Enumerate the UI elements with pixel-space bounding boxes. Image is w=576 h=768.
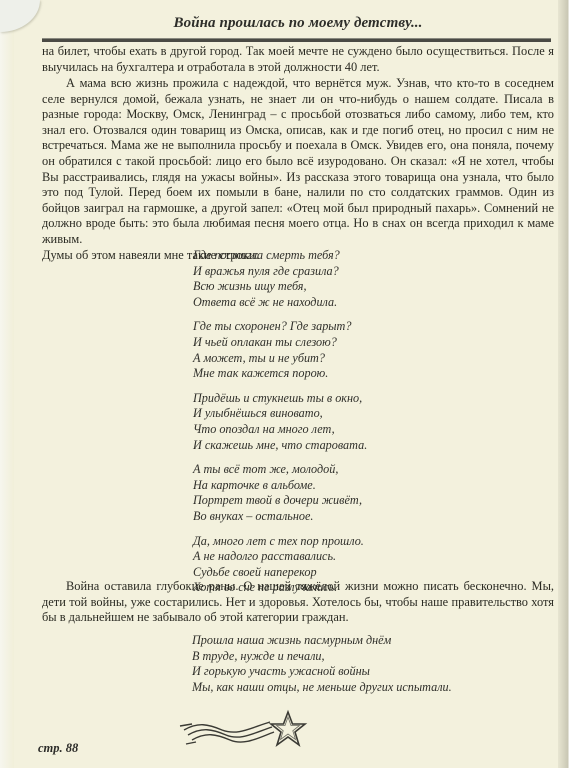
- poem-line: Всю жизнь ищу тебя,: [193, 279, 513, 295]
- poem-line: И горькую участь ужасной войны: [192, 664, 512, 680]
- poem-line: И улыбнёшься виновато,: [193, 406, 513, 422]
- poem-line: Придёшь и стукнешь ты в окно,: [193, 391, 513, 407]
- page-number: стр. 88: [38, 741, 78, 756]
- poem-line: А не надолго расставались.: [193, 549, 513, 565]
- header-rule: [42, 38, 551, 42]
- poem-line: В труде, нужде и печали,: [192, 649, 512, 665]
- poem-second: Прошла наша жизнь пасмурным днёмВ труде,…: [192, 633, 512, 695]
- poem-line: Судьбе своей наперекор: [193, 565, 513, 581]
- poem-line: Где постигла смерть тебя?: [193, 248, 513, 264]
- poem-line: А может, ты и не убит?: [193, 351, 513, 367]
- prose-closing: Война оставила глубокие раны. О нашей тя…: [42, 579, 554, 626]
- poem-line: Да, много лет с тех пор прошло.: [193, 534, 513, 550]
- poem-first: Где постигла смерть тебя?И вражья пуля г…: [193, 248, 513, 605]
- running-header-title: Война прошлась по моему детству...: [42, 15, 554, 32]
- poem-line: Мы, как наши отцы, не меньше других испы…: [192, 680, 512, 696]
- page-binding-edge: [558, 0, 576, 768]
- poem-stanza: Придёшь и стукнешь ты в окно,И улыбнёшьс…: [193, 391, 513, 453]
- poem-line: И вражья пуля где сразила?: [193, 264, 513, 280]
- poem-line: А ты всё тот же, молодой,: [193, 462, 513, 478]
- poem-stanza: Где ты схоронен? Где зарыт?И чьей оплака…: [193, 319, 513, 381]
- poem-line: И скажешь мне, что старовата.: [193, 438, 513, 454]
- poem-line: На карточке в альбоме.: [193, 478, 513, 494]
- poem-line: Где ты схоронен? Где зарыт?: [193, 319, 513, 335]
- poem-line: Портрет твой в дочери живёт,: [193, 493, 513, 509]
- poem-line: И чьей оплакан ты слезою?: [193, 335, 513, 351]
- prose-main: А мама всю жизнь прожила с надеждой, что…: [42, 76, 554, 263]
- paragraph: Война оставила глубокие раны. О нашей тя…: [42, 579, 554, 626]
- paragraph: на билет, чтобы ехать в другой город. Та…: [42, 44, 554, 75]
- page-left-edge: [0, 0, 14, 768]
- poem-line: Во внуках – остальное.: [193, 509, 513, 525]
- poem-line: Мне так кажется порою.: [193, 366, 513, 382]
- poem-stanza: А ты всё тот же, молодой,На карточке в а…: [193, 462, 513, 524]
- paragraph: А мама всю жизнь прожила с надеждой, что…: [42, 76, 554, 248]
- prose-continued: на билет, чтобы ехать в другой город. Та…: [42, 44, 554, 75]
- poem-stanza: Где постигла смерть тебя?И вражья пуля г…: [193, 248, 513, 310]
- ribbon-star-icon: [178, 708, 308, 758]
- poem-line: Ответа всё ж не находила.: [193, 295, 513, 311]
- document-page: Война прошлась по моему детству... на би…: [42, 0, 554, 768]
- poem-line: Что опоздал на много лет,: [193, 422, 513, 438]
- poem-line: Прошла наша жизнь пасмурным днём: [192, 633, 512, 649]
